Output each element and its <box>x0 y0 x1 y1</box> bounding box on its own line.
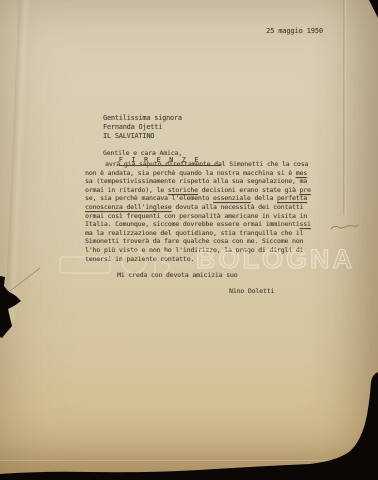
photographed-letter: 25 maggio 1950 Gentilissima signoraFerna… <box>0 0 378 480</box>
body-line: avrà già saputo direttamente dal Simonet… <box>85 160 311 169</box>
closing-line: Mi creda con devota amicizia suo <box>117 271 237 279</box>
signature: Nino Doletti <box>229 287 274 295</box>
body-line: tenersi in paziente contatto. <box>85 255 311 264</box>
body-line: conoscenza dell'inglese dovuta alla nece… <box>85 203 311 212</box>
salutation: Gentile e cara Amica, <box>103 149 182 157</box>
body-line: Italia. Comunque, siccome dovrebbe esser… <box>85 220 311 229</box>
body-line: se, sia perchè mancava l'elemento essenz… <box>85 194 311 203</box>
recipient-lines: Gentilissima signoraFernanda OjettiIL SA… <box>103 114 221 142</box>
letter-body: avrà già saputo direttamente dal Simonet… <box>85 160 311 263</box>
body-line: Simonetti troverà da fare qualche cosa c… <box>85 237 311 246</box>
body-line: l'ho più visto e non ho l'indirizzo, la … <box>85 246 311 255</box>
body-line: sa (tempestivissimamente rispetto alla s… <box>85 177 311 186</box>
letter-date: 25 maggio 1950 <box>266 27 323 35</box>
body-line: ormai così frequenti con personalità ame… <box>85 212 311 221</box>
recipient-line: IL SALVIATINO <box>103 132 221 141</box>
recipient-line: Gentilissima signora <box>103 114 221 123</box>
body-line: non è andata, sia perchè quando la nostr… <box>85 169 311 178</box>
recipient-line: Fernanda Ojetti <box>103 123 221 132</box>
